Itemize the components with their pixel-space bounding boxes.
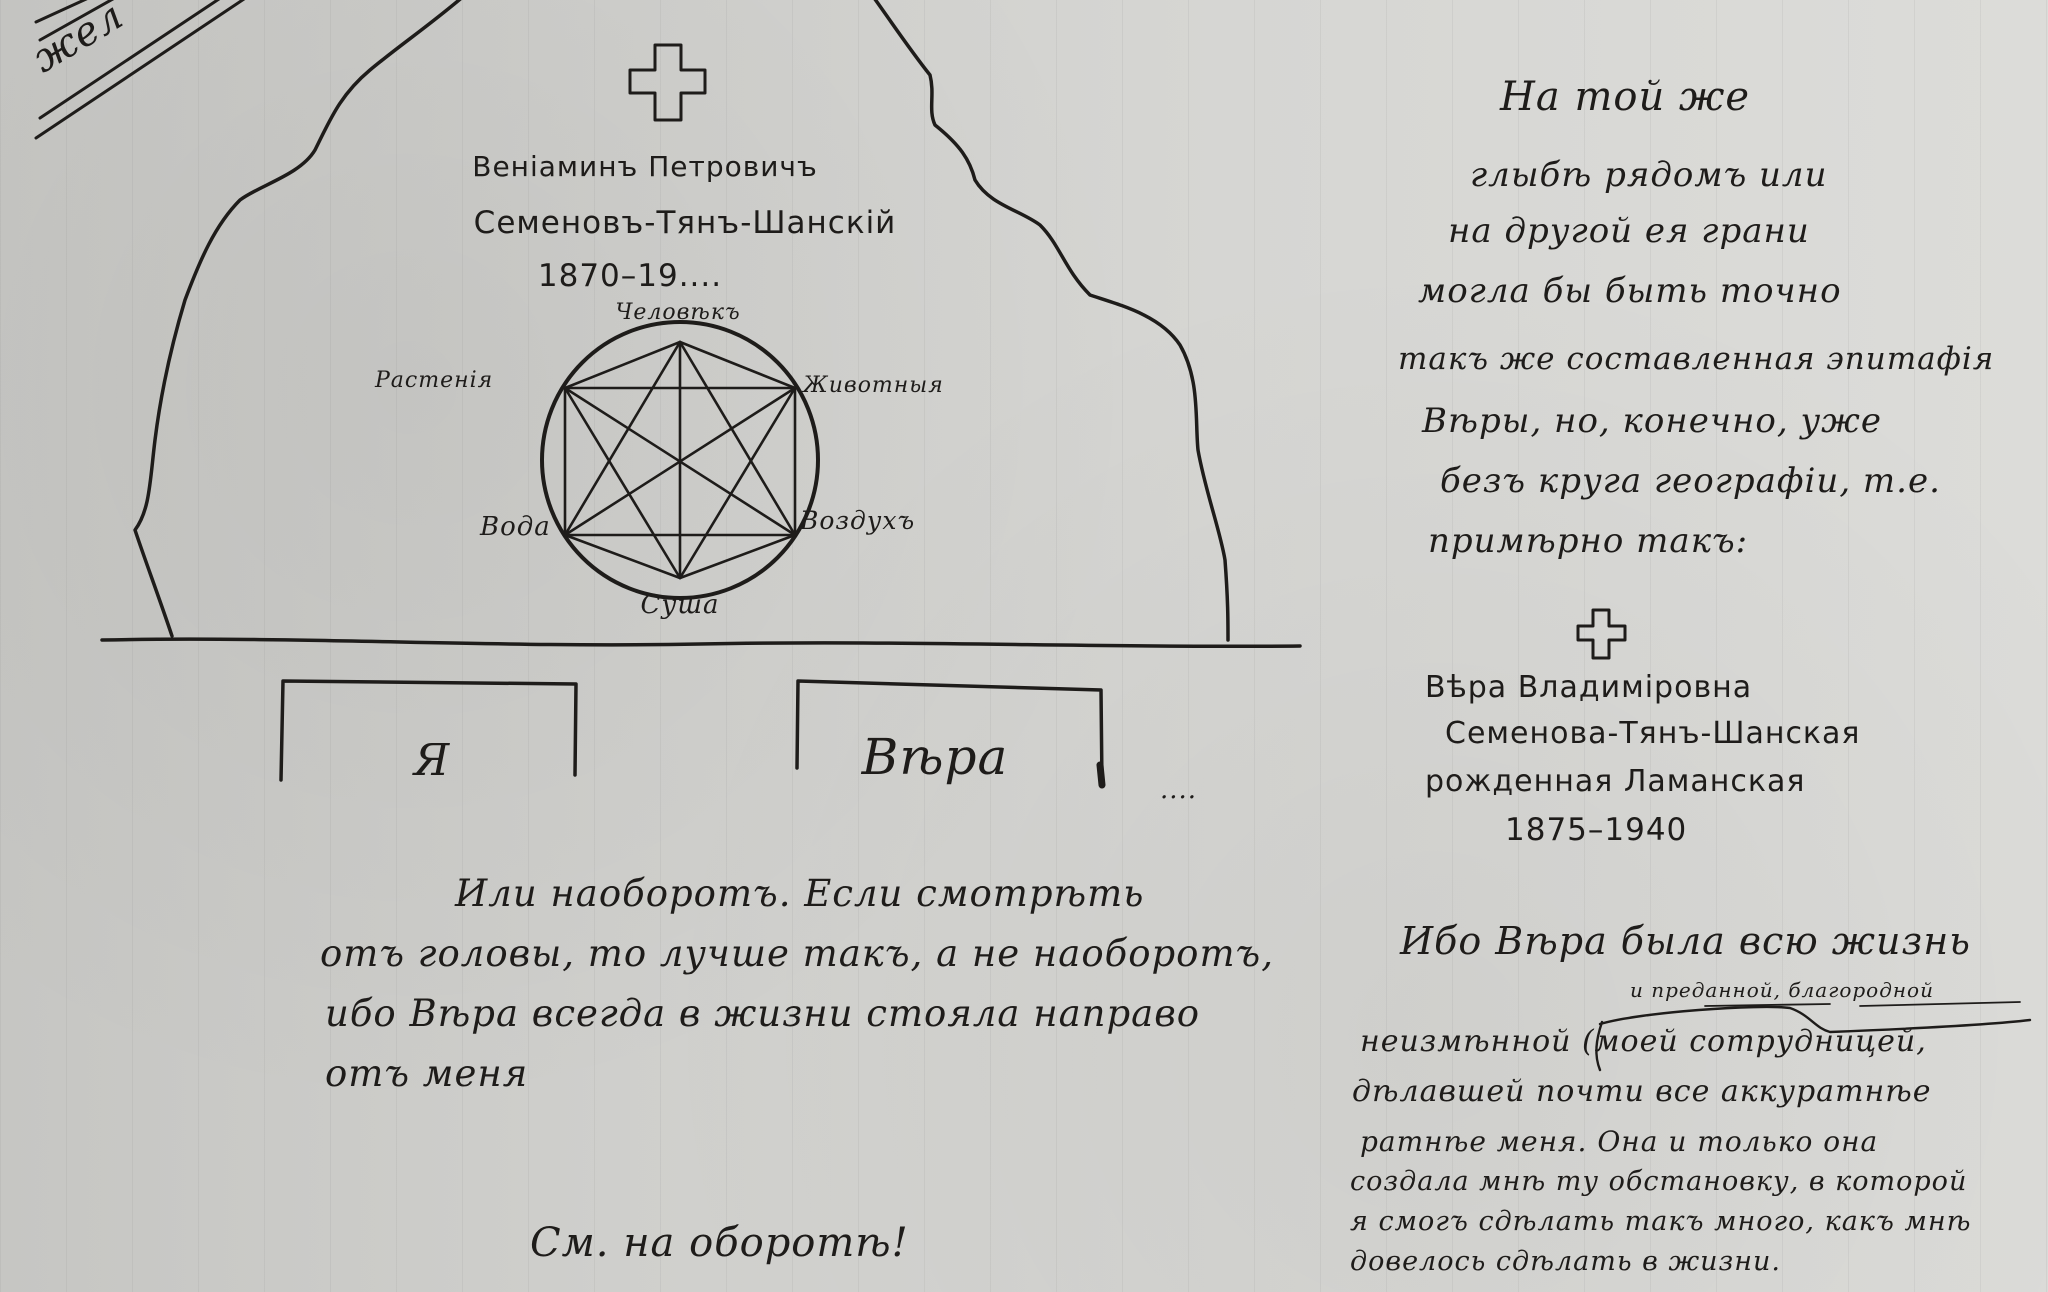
- right-text-line-4: могла бы быть точно: [1418, 262, 1842, 320]
- see-reverse-note: См. на оборотѣ!: [530, 1220, 909, 1266]
- vera-epitaph-dates: 1875–1940: [1505, 812, 1687, 848]
- closing-insert: и преданной, благородной: [1630, 978, 1934, 1002]
- cross-icon-right: [1578, 610, 1625, 658]
- node-label-air: Воздухъ: [800, 506, 915, 535]
- left-text-line-2: отъ головы, то лучше такъ, а не наоборот…: [320, 924, 1274, 984]
- grave-label-self: Я: [414, 735, 451, 786]
- closing-line-5: я смогъ сдѣлать такъ много, какъ мнѣ: [1350, 1200, 1971, 1244]
- epitaph-surname: Семеновъ-Тянъ-Шанскій: [474, 205, 897, 241]
- closing-line-4: создала мнѣ ту обстановку, в которой: [1350, 1160, 1967, 1204]
- grave-label-vera: Вѣра: [862, 728, 1009, 786]
- right-text-line-1: На той же: [1500, 68, 1750, 126]
- vera-epitaph-surname: Семенова-Тянъ-Шанская: [1445, 716, 1860, 751]
- node-label-plants: Растенія: [375, 368, 493, 393]
- left-text-line-1: Или наоборотъ. Если смотрѣть: [455, 864, 1144, 924]
- node-label-land: Суша: [640, 590, 719, 620]
- ground-line: [102, 639, 1300, 646]
- epitaph-first-name: Веніаминъ Петровичъ: [472, 150, 818, 183]
- hill-outline: [135, 0, 465, 636]
- closing-line-6: довелось сдѣлать в жизни.: [1350, 1240, 1781, 1284]
- epitaph-dates: 1870–19....: [538, 258, 722, 294]
- underline-insert: [1705, 1002, 2020, 1006]
- node-label-animals: Животныя: [803, 373, 944, 398]
- left-text-line-4: отъ меня: [325, 1044, 528, 1104]
- node-label-human: Человѣкъ: [615, 300, 740, 325]
- right-text-line-6: Вѣры, но, конечно, уже: [1422, 392, 1882, 450]
- closing-line-3-wrap: ратнѣе меня. Она и только она: [1360, 1120, 1878, 1164]
- vera-epitaph-name: Вѣра Владиміровна: [1425, 670, 1752, 705]
- hill-outline-right: [872, 0, 1228, 640]
- right-text-line-5: такъ же составленная эпитафія: [1398, 330, 1994, 388]
- grave-box-vera-mark: [1100, 765, 1102, 785]
- right-text-line-2: глыбѣ рядомъ или: [1470, 146, 1827, 204]
- closing-line-2: неизмѣнной (моей сотрудницей,: [1360, 1020, 1927, 1064]
- node-label-water: Вода: [480, 512, 551, 542]
- closing-line-1: Ибо Вѣра была всю жизнь: [1400, 912, 1971, 970]
- vera-epitaph-born: рожденная Ламанская: [1425, 764, 1805, 799]
- cross-icon: [630, 45, 705, 120]
- right-text-line-7: безъ круга географіи, т.е.: [1440, 452, 1941, 510]
- right-text-line-8: примѣрно такъ:: [1428, 512, 1748, 570]
- closing-line-3: дѣлавшей почти все аккуратнѣе: [1352, 1070, 1932, 1114]
- elements-diagram: [542, 322, 818, 598]
- left-text-line-3: ибо Вѣра всегда в жизни стояла направо: [325, 984, 1200, 1044]
- grave-trailing-dots: ....: [1160, 775, 1197, 805]
- right-text-line-3: на другой ея грани: [1448, 202, 1810, 260]
